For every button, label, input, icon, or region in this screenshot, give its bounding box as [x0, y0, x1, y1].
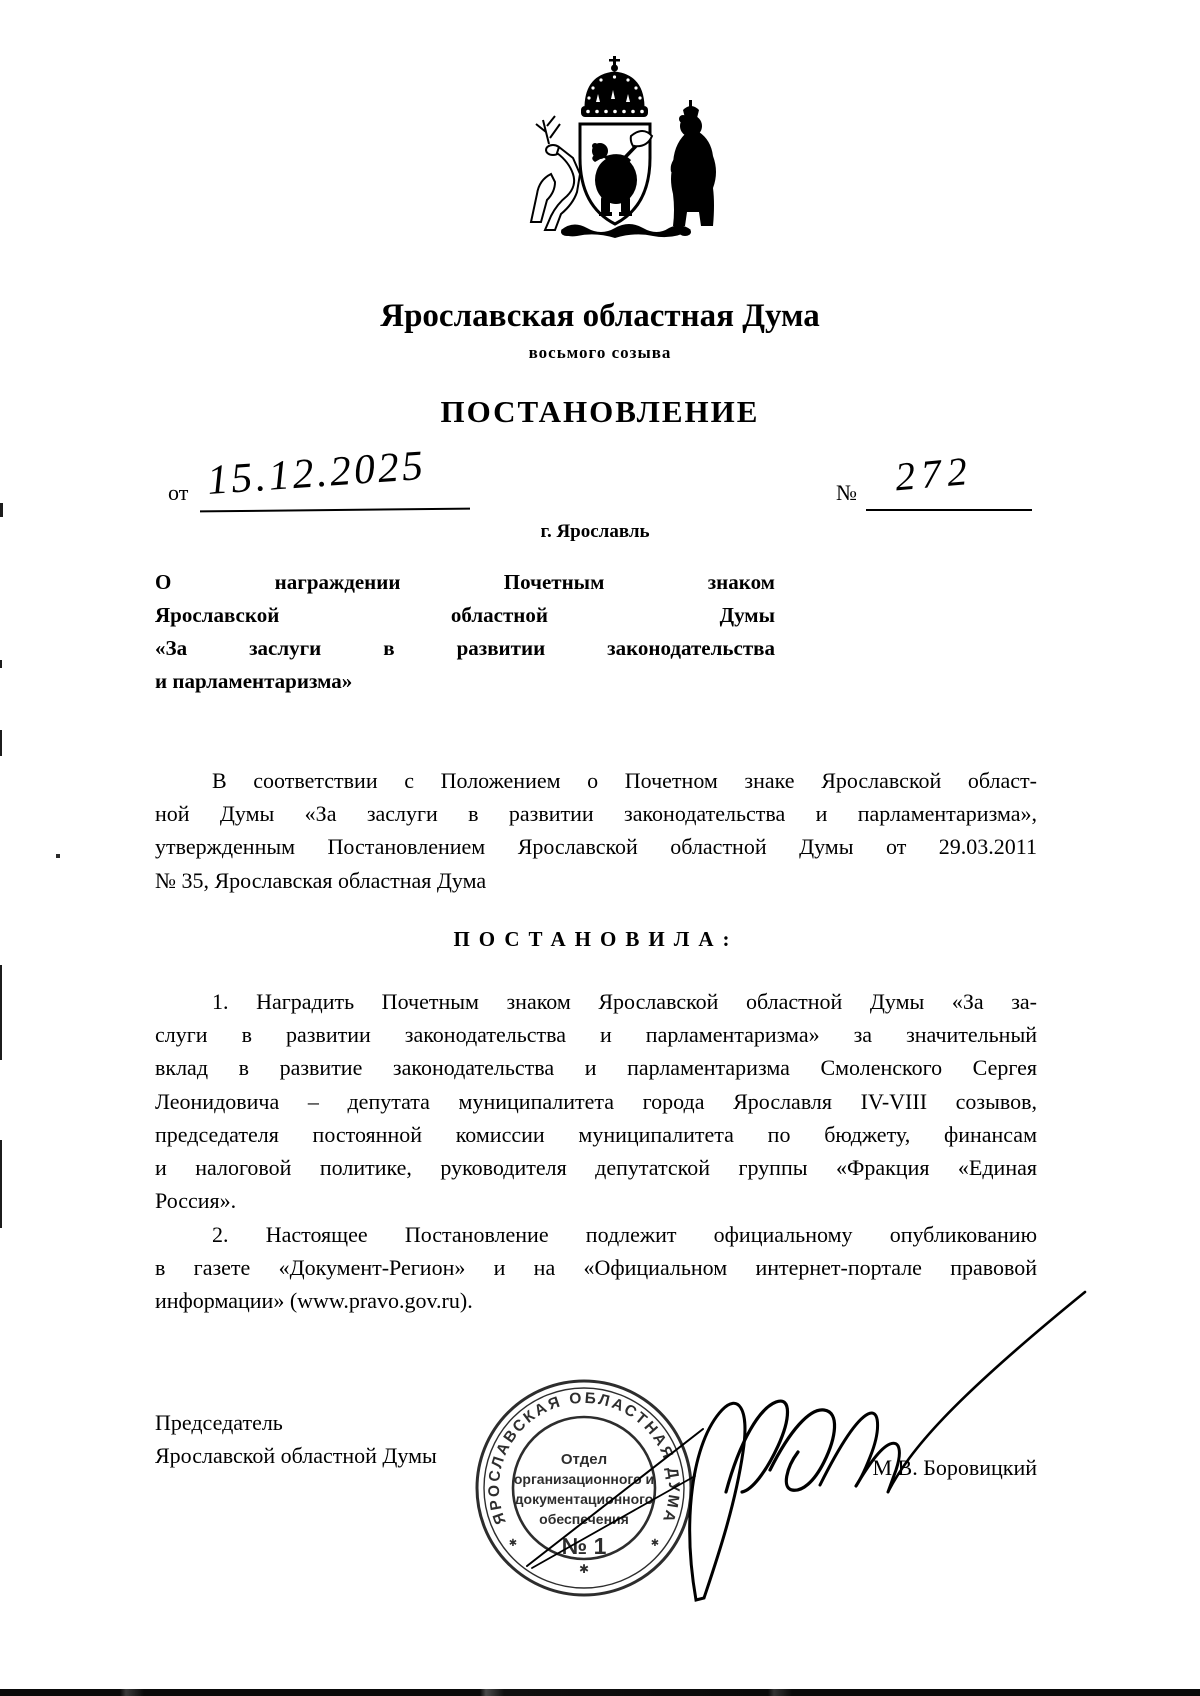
scan-edge-mark	[0, 660, 2, 668]
text-line: В соответствии с Положением о Почетном з…	[155, 764, 1037, 797]
signature-autograph	[480, 1262, 1110, 1612]
convocation: восьмого созыва	[155, 343, 1045, 363]
city-line: г. Ярославль	[155, 521, 1035, 543]
scan-edge-mark	[0, 1140, 2, 1228]
text-line: вклад в развитие законодательства и парл…	[155, 1051, 1037, 1084]
text-line: 2. Настоящее Постановление подлежит офиц…	[155, 1218, 1037, 1251]
paragraph-1: 1. Наградить Почетным знаком Ярославской…	[155, 985, 1037, 1217]
signer-position-line2: Ярославской областной Думы	[155, 1443, 437, 1469]
text-line: «За заслуги в развитии законодательства	[155, 632, 775, 665]
text-line: ной Думы «За заслуги в развитии законода…	[155, 797, 1037, 830]
yaroslavl-oblast-coat-of-arms-icon	[503, 54, 727, 244]
number-underline	[866, 509, 1032, 511]
scan-speck	[56, 854, 60, 858]
crown-icon	[581, 56, 648, 117]
date-value-handwritten: 15.12.2025	[206, 439, 469, 505]
text-line: Леонидовича – депутата муниципалитета го…	[155, 1085, 1037, 1118]
number-value-handwritten: 272	[893, 447, 975, 501]
scan-edge-mark	[0, 965, 2, 1060]
base-scroll	[561, 224, 691, 238]
subject-block: О награждении Почетным знакомЯрославской…	[155, 566, 775, 698]
text-line: и налоговой политике, руководителя депут…	[155, 1151, 1037, 1184]
text-line: утвержденным Постановлением Ярославской …	[155, 830, 1037, 863]
text-line: слуги в развитии законодательства и парл…	[155, 1018, 1037, 1051]
text-line: председателя постоянной комиссии муницип…	[155, 1118, 1037, 1151]
text-line: и парламентаризма»	[155, 665, 775, 698]
text-line: № 35, Ярославская областная Дума	[155, 864, 1037, 897]
date-label: от	[168, 480, 188, 506]
text-line: Ярославской областной Думы	[155, 599, 775, 632]
scan-edge-mark	[0, 503, 3, 517]
text-line: 1. Наградить Почетным знаком Ярославской…	[155, 985, 1037, 1018]
org-title: Ярославская областная Дума	[155, 296, 1045, 336]
deer-supporter-icon	[531, 116, 580, 230]
bear-supporter-icon	[671, 100, 716, 226]
intro-paragraph: В соответствии с Положением о Почетном з…	[155, 764, 1037, 897]
scanned-document-page: Ярославская областная Дума восьмого созы…	[0, 0, 1200, 1696]
text-line: Россия».	[155, 1184, 1037, 1217]
number-label: №	[836, 480, 857, 506]
text-line: О награждении Почетным знаком	[155, 566, 775, 599]
scan-edge-mark	[0, 730, 2, 756]
signer-position-line1: Председатель	[155, 1410, 283, 1436]
doc-type-heading: ПОСТАНОВЛЕНИЕ	[155, 394, 1045, 430]
scan-bottom-edge	[0, 1689, 1200, 1696]
date-underline	[200, 508, 470, 513]
resolution-heading: ПОСТАНОВИЛА:	[155, 927, 1037, 952]
